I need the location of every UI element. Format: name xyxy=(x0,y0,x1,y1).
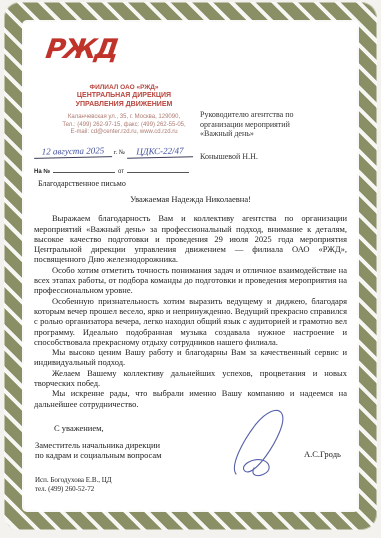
reply-number-label: На № xyxy=(34,169,50,175)
signer-position-line: Заместитель начальника дирекции xyxy=(35,440,162,450)
org-name-line: ФИЛИАЛ ОАО «РЖД» xyxy=(34,84,214,92)
body-paragraph: Выражаем благодарность Вам и коллективу … xyxy=(34,213,347,264)
handwritten-date: 12 августа 2025 xyxy=(34,145,112,159)
letter-paper: РЖД ФИЛИАЛ ОАО «РЖД» ЦЕНТРАЛЬНАЯ ДИРЕКЦИ… xyxy=(24,22,357,510)
reference-row: 12 августа 2025 г. № ЦДКС-22/47 xyxy=(34,146,224,158)
body-paragraph: Особо хотим отметить точность понимания … xyxy=(34,265,347,296)
reply-date-label: от xyxy=(118,169,124,175)
body-paragraph: Мы искренне рады, что выбрали именно Ваш… xyxy=(34,388,347,409)
decorative-border: РЖД ФИЛИАЛ ОАО «РЖД» ЦЕНТРАЛЬНАЯ ДИРЕКЦИ… xyxy=(4,2,377,530)
letterhead-address-line: E-mail: cd@center.rzd.ru, www.cd.rzd.ru xyxy=(34,129,214,137)
executor-line: тел. (499) 260-52-72 xyxy=(35,485,112,494)
letterhead-address-line: Тел.: (499) 262-97-15, факс: (499) 262-5… xyxy=(34,122,214,130)
blank-underline xyxy=(53,166,115,173)
letter-subject: Благодарственное письмо xyxy=(38,179,126,188)
org-name-line: УПРАВЛЕНИЯ ДВИЖЕНИЕМ xyxy=(34,101,214,110)
salutation: Уважаемая Надежда Николаевна! xyxy=(34,194,347,204)
body-paragraph: Особенную признательность хотим выразить… xyxy=(34,296,347,347)
handwritten-outgoing-number: ЦДКС-22/47 xyxy=(127,145,193,158)
date-number-label: г. № xyxy=(114,149,125,156)
signer-name: А.С.Гродь xyxy=(304,449,341,459)
closing-phrase: С уважением, xyxy=(54,423,104,433)
letterhead-address-line: Каланчевская ул., 35, г. Москва, 129090, xyxy=(34,114,214,122)
signer-position-block: Заместитель начальника дирекции по кадра… xyxy=(35,440,162,460)
reply-reference-row: На №от xyxy=(34,166,234,175)
rzd-logo: РЖД xyxy=(44,36,119,63)
blank-underline xyxy=(127,166,189,173)
recipient-line: организации мероприятий xyxy=(200,120,350,130)
body-paragraph: Желаем Вашему коллективу дальнейших успе… xyxy=(34,368,347,389)
signer-position-line: по кадрам и социальным вопросам xyxy=(35,450,162,460)
recipient-line: Руководителю агентства по xyxy=(200,110,350,120)
executor-block: Исп. Богодухова Е.В., ЦД тел. (499) 260-… xyxy=(35,476,112,494)
letter-body: Уважаемая Надежда Николаевна! Выражаем б… xyxy=(34,194,347,420)
body-paragraph: Мы высоко ценим Вашу работу и благодарны… xyxy=(34,347,347,368)
signature-flourish xyxy=(228,408,308,482)
letterhead-org-block: ФИЛИАЛ ОАО «РЖД» ЦЕНТРАЛЬНАЯ ДИРЕКЦИЯ УП… xyxy=(34,84,214,137)
executor-line: Исп. Богодухова Е.В., ЦД xyxy=(35,476,112,485)
recipient-line: «Важный день» xyxy=(200,129,350,139)
org-name-line: ЦЕНТРАЛЬНАЯ ДИРЕКЦИЯ xyxy=(34,92,214,101)
